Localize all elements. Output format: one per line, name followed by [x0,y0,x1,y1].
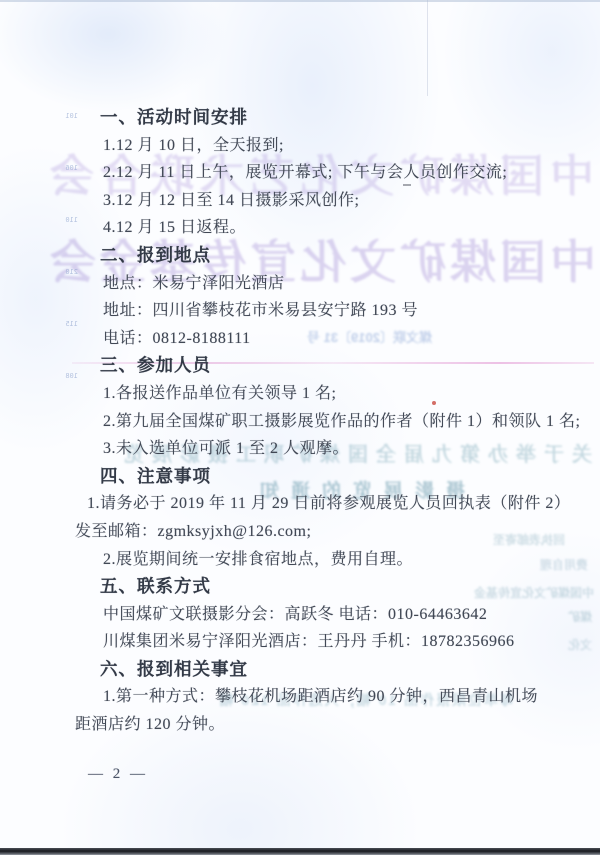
section-6-item: 距酒店约 120 分钟。 [75,711,575,739]
page-number: — 2 — [88,766,148,783]
section-6-item: 1.第一种方式：攀枝花机场距酒店约 90 分钟，西昌青山机场 [75,683,575,711]
section-1-item: 2.12 月 11 日上午，展览开幕式; 下午与会人员创作交流; [75,159,575,187]
scanned-document-page: 中国煤矿文化艺术联合会 中国煤矿文化宣传基金会 煤文联〔2019〕31 号 关于… [0,0,600,855]
section-1-item: 4.12 月 15 日返程。 [75,214,575,242]
section-5-item: 中国煤矿文联摄影分会：高跃冬 电话：010-64463642 [75,601,575,629]
section-5-heading: 五、联系方式 [75,573,575,601]
section-3-item: 1.各报送作品单位有关领导 1 名; [75,380,575,408]
section-4-item: 1.请务必于 2019 年 11 月 29 日前将参观展览人员回执表（附件 2） [75,490,575,518]
section-3-item: 3.未入选单位可派 1 至 2 人观摩。 [75,435,575,463]
section-3-item: 2.第九届全国煤矿职工摄影展览作品的作者（附件 1）和领队 1 名; [75,408,575,436]
scan-bottom-edge [0,848,600,855]
section-6-heading: 六、报到相关事宜 [75,656,575,684]
section-1-item: 1.12 月 10 日，全天报到; [75,132,575,160]
section-2-item: 电话：0812-8188111 [75,325,575,353]
section-4-heading: 四、注意事项 [75,463,575,491]
scan-crease [427,0,428,96]
document-body: 一、活动时间安排 1.12 月 10 日，全天报到; 2.12 月 11 日上午… [75,104,575,739]
scan-top-edge [0,0,600,2]
section-2-item: 地址：四川省攀枝花市米易县安宁路 193 号 [75,297,575,325]
section-2-item: 地点：米易宁泽阳光酒店 [75,270,575,298]
section-1-item: 3.12 月 12 日至 14 日摄影采风创作; [75,187,575,215]
section-4-item: 2.展览期间统一安排食宿地点，费用自理。 [75,546,575,574]
section-3-heading: 三、参加人员 [75,352,575,380]
section-4-item: 发至邮箱：zgmksyjxh@126.com; [75,518,575,546]
section-5-item: 川煤集团米易宁泽阳光酒店：王丹丹 手机：18782356966 [75,628,575,656]
section-2-heading: 二、报到地点 [75,242,575,270]
section-1-heading: 一、活动时间安排 [75,104,575,132]
